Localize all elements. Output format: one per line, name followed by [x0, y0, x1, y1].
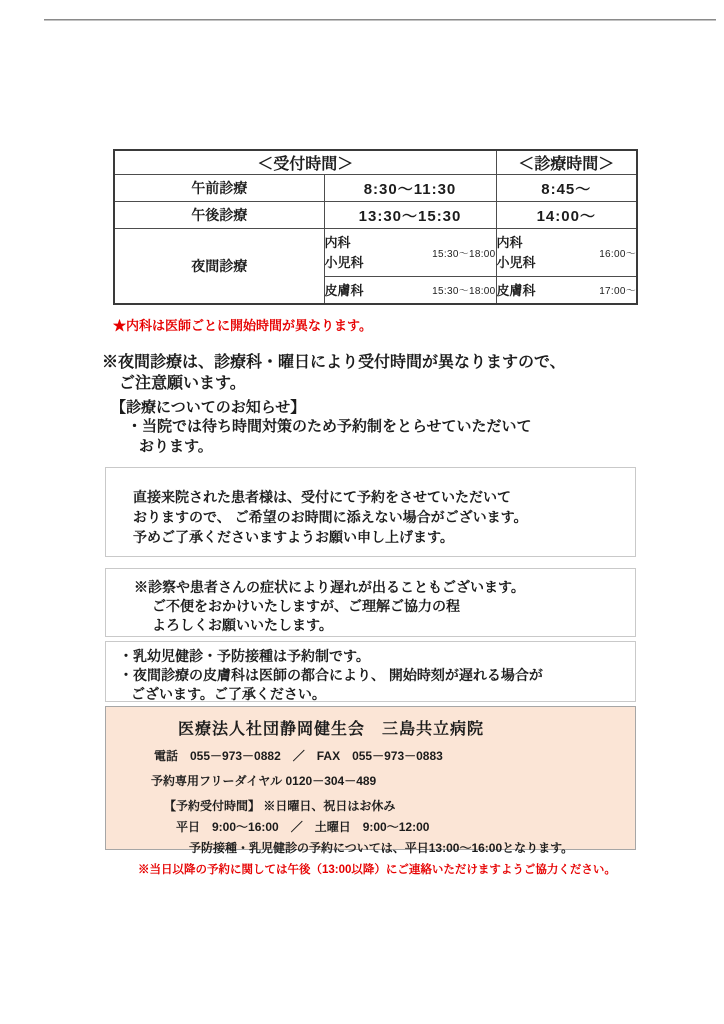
- box1-line3: 予めご了承くださいますようお願い申し上げます。: [133, 527, 635, 547]
- hospital-notice-page: { "colors": { "accent_red": "#e60000", "…: [0, 0, 724, 1024]
- treatment-announcement-body: ・当院では待ち時間対策のため予約制をとらせていただいて おります。: [127, 417, 532, 457]
- top-divider-rule: [44, 19, 716, 21]
- night-internal-treatment-cell: 内科 小児科 16:00～: [496, 229, 637, 277]
- box2-line1: ※診察や患者さんの症状により遅れが出ることもございます。: [106, 578, 635, 597]
- night-hours-caution-note: ※夜間診療は、診療科・曜日により受付時間が異なりますので、 ご注意願います。: [102, 352, 566, 394]
- box2-line2: ご不便をおかけいたしますが、ご理解ご協力の程: [106, 597, 635, 616]
- night-derm-reception-cell: 皮膚科 15:30～18:00: [324, 277, 496, 304]
- night-internal-treatment-time: 16:00～: [599, 245, 636, 260]
- morning-reception-time: 8:30～11:30: [324, 175, 496, 202]
- hospital-name: 医療法人社団静岡健生会 三島共立病院: [178, 716, 635, 739]
- dept-pediatrics: 小児科: [497, 253, 536, 273]
- reservation-free-dial-line: 予約専用フリーダイヤル 0120－304－489: [151, 772, 635, 789]
- night-derm-treatment-cell: 皮膚科 17:00～: [496, 277, 637, 304]
- hospital-contact-box: 医療法人社団静岡健生会 三島共立病院 電話 055－973－0882 ／ FAX…: [105, 706, 636, 850]
- night-internal-reception-cell: 内科 小児科 15:30～18:00: [324, 229, 496, 277]
- night-internal-reception-time: 15:30～18:00: [432, 245, 495, 260]
- table-header-row: ＜受付時間＞ ＜診療時間＞: [114, 150, 637, 175]
- morning-label: 午前診療: [114, 175, 324, 202]
- reception-hours-header: ＜受付時間＞: [114, 150, 496, 175]
- night-note-line2: ご注意願います。: [102, 373, 566, 394]
- phone-fax-line: 電話 055－973－0882 ／ FAX 055－973－0883: [154, 747, 635, 764]
- table-row-morning: 午前診療 8:30～11:30 8:45～: [114, 175, 637, 202]
- night-label: 夜間診療: [114, 229, 324, 304]
- afternoon-label: 午後診療: [114, 202, 324, 229]
- treatment-announcement-heading: 【診療についてのお知らせ】: [111, 396, 305, 417]
- dept-dermatology: 皮膚科: [497, 280, 536, 299]
- dept-pediatrics: 小児科: [325, 253, 364, 273]
- night-derm-treatment-time: 17:00～: [599, 282, 636, 297]
- dept-dermatology: 皮膚科: [325, 280, 364, 299]
- checkup-vaccination-notice-box: ・乳幼児健診・予防接種は予約制です。 ・夜間診療の皮膚科は医師の都合により、 開…: [105, 641, 636, 702]
- reservation-hours-heading: 【予約受付時間】 ※日曜日、祝日はお休み: [164, 797, 635, 814]
- box3-line1: ・乳幼児健診・予防接種は予約制です。: [106, 647, 635, 666]
- box2-line3: よろしくお願いいたします。: [106, 616, 635, 635]
- morning-treatment-time: 8:45～: [496, 175, 637, 202]
- walk-in-reservation-notice-box: 直接来院された患者様は、受付にて予約をさせていただいて おりますので、 ご希望の…: [105, 467, 636, 557]
- table-row-night-internal: 夜間診療 内科 小児科 15:30～18:00 内科 小児科 16:00～: [114, 229, 637, 277]
- same-day-reservation-red-note: ※当日以降の予約に関しては午後（13:00以降）にご連絡いただけますようご協力く…: [138, 861, 635, 877]
- table-row-afternoon: 午後診療 13:30～15:30 14:00～: [114, 202, 637, 229]
- box1-line2: おりますので、 ご希望のお時間に添えない場合がございます。: [133, 507, 635, 527]
- night-note-line1: ※夜間診療は、診療科・曜日により受付時間が異なりますので、: [102, 352, 566, 373]
- vaccination-reservation-note: 予防接種・乳児健診の予約については、平日13:00～16:00となります。: [189, 839, 635, 856]
- night-derm-reception-time: 15:30～18:00: [432, 282, 495, 297]
- internal-medicine-start-time-note: ★内科は医師ごとに開始時間が異なります。: [113, 315, 372, 334]
- box3-line2: ・夜間診療の皮膚科は医師の都合により、 開始時刻が遅れる場合が: [106, 666, 635, 685]
- dept-internal-medicine: 内科: [497, 233, 536, 253]
- afternoon-treatment-time: 14:00～: [496, 202, 637, 229]
- box1-line1: 直接来院された患者様は、受付にて予約をさせていただいて: [133, 487, 635, 507]
- schedule-table: ＜受付時間＞ ＜診療時間＞ 午前診療 8:30～11:30 8:45～ 午後診療…: [113, 149, 638, 305]
- dept-internal-medicine: 内科: [325, 233, 364, 253]
- treatment-hours-header: ＜診療時間＞: [496, 150, 637, 175]
- afternoon-reception-time: 13:30～15:30: [324, 202, 496, 229]
- announcement-line2: おります。: [127, 437, 532, 457]
- announcement-line1: ・当院では待ち時間対策のため予約制をとらせていただいて: [127, 417, 532, 437]
- box3-line3: ございます。ご了承ください。: [106, 685, 635, 704]
- reservation-hours-weekday: 平日 9:00～16:00 ／ 土曜日 9:00～12:00: [176, 818, 635, 835]
- possible-delay-notice-box: ※診察や患者さんの症状により遅れが出ることもございます。 ご不便をおかけいたしま…: [105, 568, 636, 637]
